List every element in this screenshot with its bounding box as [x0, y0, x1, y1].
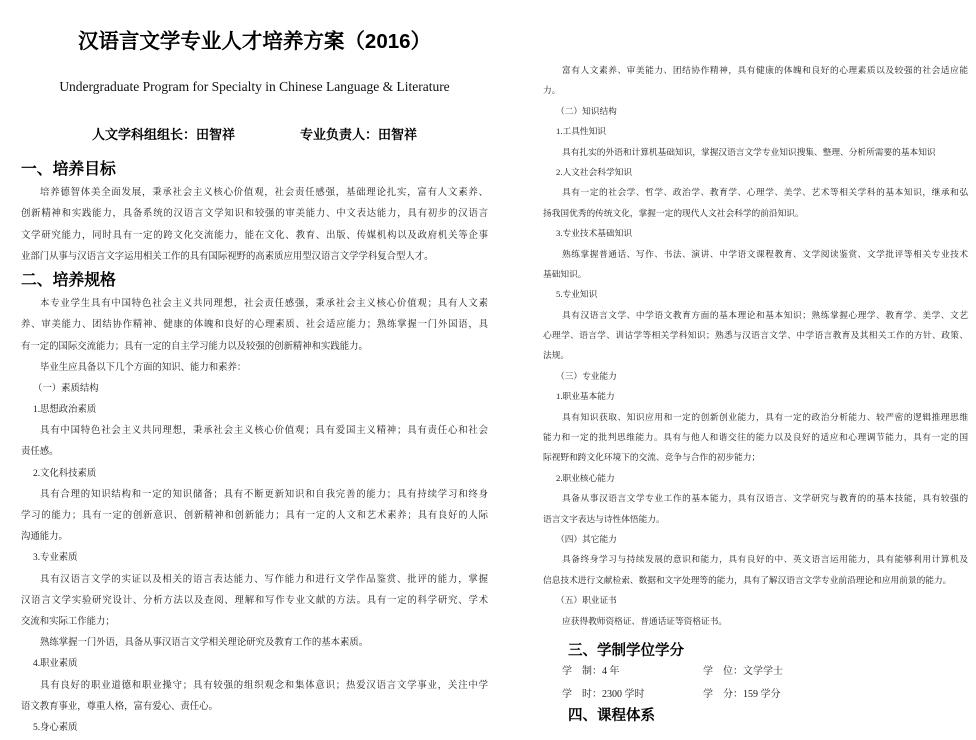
text-line: 具有汉语言文学、中学语文教育方面的基本理论和基本知识；熟练掌握心理学、教育学、美… [543, 305, 968, 325]
text-line: 能力和一定的批判思维能力。具有与他人和谐交往的能力以及良好的适应和心理调节能力，… [543, 427, 968, 447]
text-line: 基础知识。 [543, 264, 968, 284]
text-line: 5.专业知识 [543, 284, 968, 304]
left-page-column: 一、培养目标培养德智体美全面发展，秉承社会主义核心价值观，社会责任感强，基础理论… [21, 157, 488, 739]
text-line: 具有汉语言文学的实证以及相关的语言表达能力、写作能力和进行文学作品鉴赏、批评的能… [21, 570, 488, 591]
text-line: 交流和实际工作能力； [21, 612, 488, 633]
text-line: （一）素质结构 [21, 379, 488, 400]
text-line: （二）知识结构 [543, 101, 968, 121]
text-line: 际视野和跨文化环境下的交流、竞争与合作的初步能力； [543, 447, 968, 467]
text-line: 熟练掌握一门外语，具备从事汉语言文学相关理论研究及教育工作的基本素质。 [21, 633, 488, 654]
text-line: 3.专业技术基础知识 [543, 223, 968, 243]
text-line: 扬我国优秀的传统文化，掌握一定的现代人文社会科学的前沿知识。 [543, 203, 968, 223]
section-heading: 三、学制学位学分 [543, 638, 968, 664]
text-line: 1.工具性知识 [543, 121, 968, 141]
text-line: 语言文字表达与诗性体悟能力。 [543, 509, 968, 529]
group-leader-label: 人文学科组组长：田智祥 [92, 124, 235, 143]
text-line: 法规。 [543, 345, 968, 365]
section-heading: 四、课程体系 [543, 703, 968, 729]
document-page: 汉语言文学专业人才培养方案（2016） Undergraduate Progra… [0, 0, 976, 740]
text-line: （三）专业能力 [543, 366, 968, 386]
text-line: 毕业生应具备以下几个方面的知识、能力和素养： [21, 358, 488, 379]
program-director-label: 专业负责人：田智祥 [300, 124, 417, 143]
right-page-column: 富有人文素养、审美能力、团结协作精神，具有健康的体魄和良好的心理素质以及较强的社… [543, 60, 968, 729]
text-line: 富有人文素养、审美能力、团结协作精神，具有健康的体魄和良好的心理素质以及较强的社… [543, 60, 968, 80]
text-line: 5.身心素质 [21, 718, 488, 739]
text-line: 熟练掌握普通话、写作、书法、演讲、中学语文课程教育、文学阅读鉴赏、文学批评等相关… [543, 244, 968, 264]
text-line: （四）其它能力 [543, 529, 968, 549]
section-heading: 一、培养目标 [21, 157, 488, 183]
text-line: 学习的能力；具有一定的创新意识、创新精神和创新能力；具有一定的人文和艺术素养；具… [21, 506, 488, 527]
text-line: 汉语言文学实验研究设计、分析方法以及查阅、理解和写作专业文献的方法。具有一定的科… [21, 591, 488, 612]
text-line: 责任感。 [21, 442, 488, 463]
text-line: 语文教育事业，尊重人格，富有爱心、责任心。 [21, 697, 488, 718]
text-line: 具有合理的知识结构和一定的知识储备；具有不断更新知识和自我完善的能力；具有持续学… [21, 485, 488, 506]
credit-field: 学 制：4 年 [562, 664, 620, 680]
text-line: 具备从事汉语言文学专业工作的基本能力，具有汉语言、文学研究与教育的的基本技能，具… [543, 488, 968, 508]
credit-field: 学 时：2300 学时 [562, 687, 645, 703]
text-line: 具有扎实的外语和计算机基础知识，掌握汉语言文学专业知识搜集、整理、分析所需要的基… [543, 142, 968, 162]
credit-row: 学 时：2300 学时学 分：159 学分 [543, 687, 968, 703]
text-line: 2.人文社会科学知识 [543, 162, 968, 182]
text-line: 文学研究能力，同时具有一定的跨文化交流能力，能在文化、教育、出版、传媒机构以及政… [21, 226, 488, 247]
text-line: 养、审美能力、团结协作精神、健康的体魄和良好的心理素质、社会适应能力；熟练掌握一… [21, 315, 488, 336]
text-line: 2.文化科技素质 [21, 464, 488, 485]
text-line: 具有良好的职业道德和职业操守；具有较强的组织观念和集体意识；热爱汉语言文学事业，… [21, 676, 488, 697]
credit-field: 学 位：文学学士 [703, 664, 783, 680]
text-line: 有一定的国际交流能力；具有一定的自主学习能力以及较强的创新精神和实践能力。 [21, 337, 488, 358]
text-line: 应获得教师资格证、普通话证等资格证书。 [543, 611, 968, 631]
text-line: 具备终身学习与持续发展的意识和能力，具有良好的中、英文语言运用能力，具有能够利用… [543, 549, 968, 569]
text-line: 2.职业核心能力 [543, 468, 968, 488]
text-line: 1.职业基本能力 [543, 386, 968, 406]
text-line: 具有知识获取、知识应用和一定的创新创业能力，具有一定的政治分析能力、较严密的逻辑… [543, 407, 968, 427]
document-title: 汉语言文学专业人才培养方案（2016） [21, 24, 488, 54]
text-line: 沟通能力。 [21, 527, 488, 548]
section-heading: 二、培养规格 [21, 268, 488, 294]
text-line: 4.职业素质 [21, 654, 488, 675]
text-line: 心理学、语言学、训诂学等相关学科知识；熟悉与汉语言文学、中学语言教育及其相关工作… [543, 325, 968, 345]
text-line: 1.思想政治素质 [21, 400, 488, 421]
text-line: 培养德智体美全面发展，秉承社会主义核心价值观，社会责任感强，基础理论扎实，富有人… [21, 183, 488, 204]
text-line: 力。 [543, 80, 968, 100]
text-line: 3.专业素质 [21, 548, 488, 569]
text-line: （五）职业证书 [543, 590, 968, 610]
text-line: 信息技术进行文献检索、数据和文字处理等的能力，具有了解汉语言文学专业前沿理论和应… [543, 570, 968, 590]
text-line: 创新精神和实践能力，具备系统的汉语言文学知识和较强的审美能力、中文表达能力，具有… [21, 204, 488, 225]
credit-row: 学 制：4 年学 位：文学学士 [543, 664, 968, 687]
credit-field: 学 分：159 学分 [703, 687, 781, 703]
text-line: 业部门从事与汉语言文字运用相关工作的具有国际视野的高素质应用型汉语言文学学科复合… [21, 247, 488, 268]
english-subtitle: Undergraduate Program for Specialty in C… [11, 79, 498, 95]
text-line: 本专业学生具有中国特色社会主义共同理想，社会责任感强，秉承社会主义核心价值观；具… [21, 294, 488, 315]
text-line: 具有中国特色社会主义共同理想，秉承社会主义核心价值观；具有爱国主义精神；具有责任… [21, 421, 488, 442]
text-line: 具有一定的社会学、哲学、政治学、教育学、心理学、美学、艺术等相关学科的基本知识，… [543, 182, 968, 202]
leaders-row: 人文学科组组长：田智祥 专业负责人：田智祥 [21, 124, 488, 143]
